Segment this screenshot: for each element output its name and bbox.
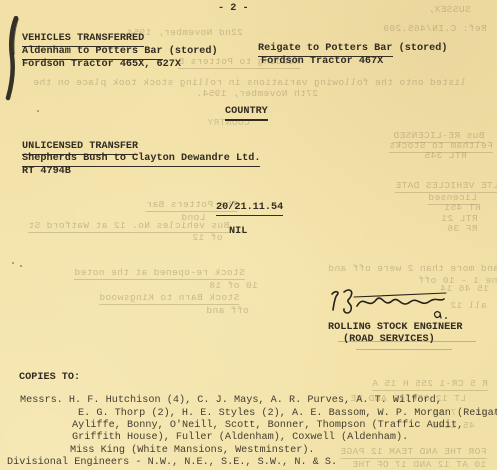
bleed-text: Stock Barn to Kingswood [99, 292, 239, 305]
bleed-text: 10 of 18 [209, 280, 258, 291]
pen-mark [3, 16, 23, 102]
country-heading-text: COUNTRY [225, 106, 268, 121]
signature [324, 284, 474, 326]
copies-line: Messrs. H. F. Hutchison (4), C. J. Mays,… [20, 395, 442, 407]
signatory-title-line2: (ROAD SERVICES) [343, 334, 435, 346]
bleed-text: RT 451 [444, 202, 481, 213]
ink-speck [37, 110, 39, 112]
bleed-text: listed onto the following variations in … [33, 77, 466, 88]
copies-line: Divisional Engineers - N.W., N.E., S.E.,… [7, 457, 337, 469]
bleed-text: 10 AT 12 AND 17 OF THE [352, 459, 486, 470]
bleed-text: RF 36 [447, 223, 478, 234]
bleed-text: RTL 345 [424, 150, 467, 161]
bleed-text: Stock re-opened at the noted [74, 267, 245, 280]
transfer-vehicles-right: Fordson Tractor 467X [261, 56, 383, 68]
report-date-text: 20/21.11.54 [216, 202, 283, 216]
ink-speck [20, 265, 22, 267]
bleed-text: 27th November, 1954. [196, 88, 318, 99]
bleed-text: Ref: C.IN/465.209 [383, 23, 487, 34]
document-page: SUSSEX, Ref: C.IN/465.209 22nd November,… [0, 0, 497, 470]
bleed-line [356, 349, 452, 350]
bleed-text: and more than 2 were off and [328, 263, 497, 274]
transfer-vehicles-left: Fordson Tractor 465X, 627X [22, 59, 181, 71]
bleed-text: FOR THE AND TEAM 12 PAGE [340, 446, 486, 459]
copies-line: E. G. Thorp (2), H. E. Styles (2), A. E.… [78, 408, 497, 420]
copies-line: Miss King (White Mansions, Westminster). [70, 445, 315, 457]
bleed-text: off and [206, 305, 249, 316]
unlicensed-transfer-vehicle: RT 4794B [22, 166, 71, 178]
transfer-status-right: (stored) [393, 43, 448, 54]
page-number: - 2 - [218, 3, 249, 15]
bleed-text: R 5 CR-1 255 H 15 A [372, 378, 488, 391]
transfer-status-left: (stored) [163, 46, 218, 57]
bleed-text: 22nd November, 1954 [127, 27, 243, 38]
signatory-title-line1: ROLLING STOCK ENGINEER [328, 322, 463, 334]
bleed-text: of 12 [192, 232, 223, 243]
copies-to-heading: COPIES TO: [19, 372, 80, 384]
copies-line: Ayliffe, Bonny, O'Neill, Scott, Bonner, … [72, 420, 463, 432]
nil-entry: NIL [229, 226, 247, 238]
ink-speck [12, 262, 14, 264]
report-date: 20/21.11.54 [216, 202, 283, 216]
bleed-text: SUSSEX, [428, 4, 471, 15]
copies-line: Griffith House), Fuller (Aldenham), Coxw… [72, 432, 408, 444]
country-heading: COUNTRY [225, 106, 268, 121]
